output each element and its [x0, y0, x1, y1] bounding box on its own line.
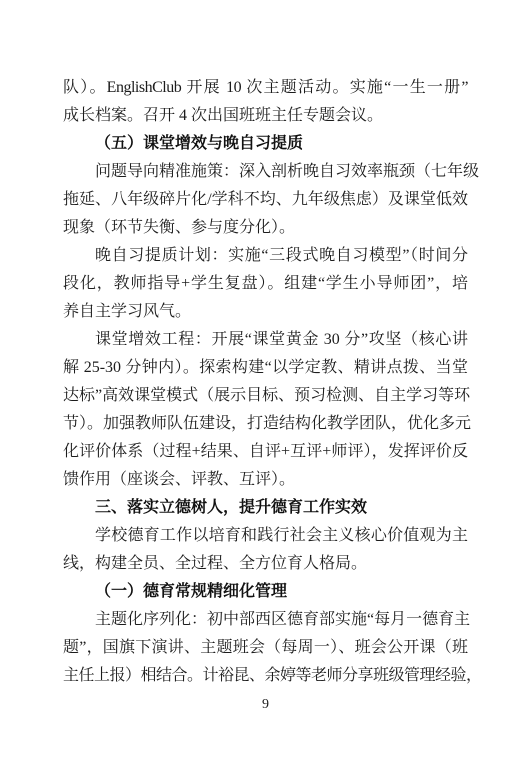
document-body: 队）。EnglishClub 开展 10 次主题活动。实施“一生一册” 成长档案… [63, 74, 468, 690]
text-line: 养自主学习风气。 [63, 298, 468, 326]
text-line: 解 25-30 分钟内）。探索构建“以学定教、精讲点拨、当堂 [63, 354, 468, 382]
text-line: 晚自习提质计划：实施“三段式晚自习模型”（时间分 [63, 242, 468, 270]
heading-subsection-1: （一）德育常规精细化管理 [63, 578, 468, 606]
text-line: 题”，国旗下演讲、主题班会（每周一）、班会公开课（班 [63, 634, 468, 662]
text-line: 节）。加强教师队伍建设，打造结构化教学团队，优化多元 [63, 410, 468, 438]
text-line: 成长档案。召开 4 次出国班班主任专题会议。 [63, 102, 468, 130]
text-line: 达标”高效课堂模式（展示目标、预习检测、自主学习等环 [63, 382, 468, 410]
text-line: 现象（环节失衡、参与度分化）。 [63, 214, 468, 242]
heading-section-3: 三、落实立德树人，提升德育工作实效 [63, 494, 468, 522]
text-line: 拖延、八年级碎片化/学科不均、九年级焦虑）及课堂低效 [63, 186, 468, 214]
text-line: 馈作用（座谈会、评教、互评）。 [63, 466, 468, 494]
text-line: 段化，教师指导+学生复盘）。组建“学生小导师团”，培 [63, 270, 468, 298]
text-line: 主题化序列化：初中部西区德育部实施“每月一德育主 [63, 606, 468, 634]
page-number: 9 [0, 691, 531, 719]
text-line: 问题导向精准施策：深入剖析晚自习效率瓶颈（七年级 [63, 158, 468, 186]
heading-section-5: （五）课堂增效与晚自习提质 [63, 130, 468, 158]
text-line: 化评价体系（过程+结果、自评+互评+师评），发挥评价反 [63, 438, 468, 466]
text-line: 学校德育工作以培育和践行社会主义核心价值观为主 [63, 522, 468, 550]
text-line: 线，构建全员、全过程、全方位育人格局。 [63, 550, 468, 578]
text-line: 课堂增效工程：开展“课堂黄金 30 分”攻坚（核心讲 [63, 326, 468, 354]
text-line: 主任上报）相结合。计裕昆、余婷等老师分享班级管理经验， [63, 662, 468, 690]
text-line: 队）。EnglishClub 开展 10 次主题活动。实施“一生一册” [63, 74, 468, 102]
document-page: 队）。EnglishClub 开展 10 次主题活动。实施“一生一册” 成长档案… [0, 0, 531, 768]
